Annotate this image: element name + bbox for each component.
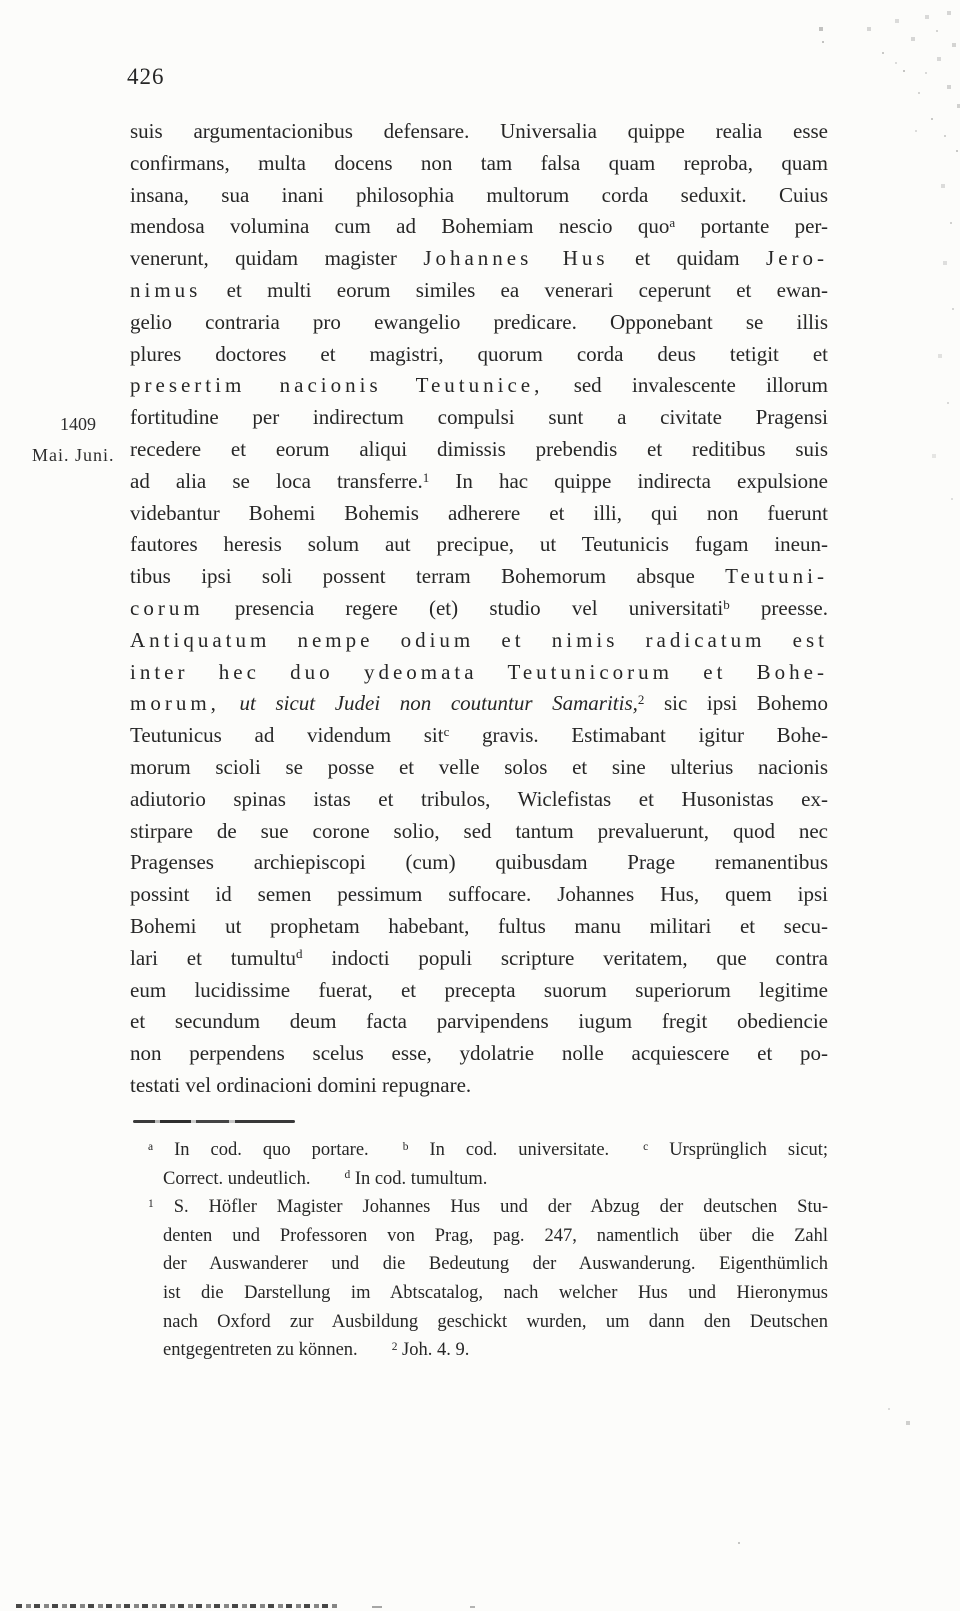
text-segment: recedere et eorum aliqui dimissis preben… (130, 437, 828, 461)
footnote-marker: a (148, 1141, 153, 1153)
text-segment: suis argumentacionibus defensare. Univer… (130, 119, 828, 143)
body-text-line: fautores heresis solum aut precipue, ut … (130, 529, 828, 561)
body-text-line: lari et tumultud indocti populi scriptur… (130, 943, 828, 975)
text-segment: confirmans, multa docens non tam falsa q… (130, 151, 828, 175)
body-text-line: eum lucidissime fuerat, et precepta suor… (130, 975, 828, 1007)
margin-note-year: 1409 (60, 414, 96, 435)
text-segment: sed invalescente illorum (543, 373, 828, 397)
text-segment: non perpendens scelus esse, ydolatrie no… (130, 1041, 828, 1065)
text-segment: stirpare de sue corone solio, sed tantum… (130, 819, 828, 843)
body-text-line: Antiquatum nempe odium et nimis radicatu… (130, 625, 828, 657)
body-text-line: tibus ipsi soli possent terram Bohemorum… (130, 561, 828, 593)
text-segment: Teutuni- (725, 564, 828, 588)
body-text-line: adiutorio spinas istas et tribulos, Wicl… (130, 784, 828, 816)
body-text-line: inter hec duo ydeomata Teutunicorum et B… (130, 657, 828, 689)
text-segment: tibus ipsi soli possent terram Bohemorum… (130, 564, 725, 588)
margin-note-months: Mai. Juni. (32, 445, 115, 466)
text-segment: adiutorio spinas istas et tribulos, Wicl… (130, 787, 828, 811)
text-segment: inter hec duo ydeomata Teutunicorum et B… (130, 660, 828, 684)
page-number: 426 (127, 64, 165, 90)
page-edge-artifact (372, 1606, 382, 1608)
body-text-line: morum scioli se posse et velle solos et … (130, 752, 828, 784)
text-segment: preesse. (730, 596, 828, 620)
footnote-marker: 2 (392, 1341, 398, 1353)
text-segment: Johannes Hus (423, 246, 608, 270)
body-text-line: confirmans, multa docens non tam falsa q… (130, 148, 828, 180)
text-segment: mendosa volumina cum ad Bohemiam nescio … (130, 214, 669, 238)
text-segment: der Auswanderer und die Bedeutung der Au… (163, 1254, 828, 1274)
text-segment: Correct. undeutlich. (163, 1169, 310, 1189)
text-segment: morum scioli se posse et velle solos et … (130, 755, 828, 779)
body-text-line: Teutunicus ad videndum sitc gravis. Esti… (130, 720, 828, 752)
body-text-line: et secundum deum facta parvipendens iugu… (130, 1006, 828, 1038)
text-segment: nach Oxford zur Ausbildung geschickt wur… (163, 1312, 828, 1332)
scanned-book-page: 426 1409 Mai. Juni. suis argumentacionib… (0, 0, 960, 1611)
text-segment: Joh. 4. 9. (397, 1340, 469, 1360)
text-segment: In cod. quo portare. (153, 1140, 369, 1160)
footnote-marker: 1 (423, 470, 430, 485)
text-segment: morum, (130, 691, 220, 715)
text-segment: venerunt, quidam magister (130, 246, 423, 270)
footnote-marker: b (403, 1141, 409, 1153)
body-text-line: Pragenses archiepiscopi (cum) quibusdam … (130, 847, 828, 879)
footnote-marker: a (669, 215, 675, 230)
text-segment: videbantur Bohemi Bohemis adherere et il… (130, 501, 828, 525)
body-text-line: venerunt, quidam magister Johannes Hus e… (130, 243, 828, 275)
scan-noise (0, 0, 2, 2)
text-segment: S. Höfler Magister Johannes Hus und der … (154, 1197, 828, 1217)
text-segment: nimus (130, 278, 201, 302)
text-segment: In hac quippe indirecta expulsione (429, 469, 828, 493)
text-segment: possint id semen pessimum suffocare. Joh… (130, 882, 828, 906)
body-text-line: insana, sua inani philosophia multorum c… (130, 180, 828, 212)
body-text-line: Bohemi ut prophetam habebant, fultus man… (130, 911, 828, 943)
text-segment: indocti populi scripture veritatem, que … (303, 946, 828, 970)
text-segment: entgegentreten zu können. (163, 1340, 358, 1360)
body-text-line: recedere et eorum aliqui dimissis preben… (130, 434, 828, 466)
text-segment: presencia regere (et) studio vel univers… (204, 596, 724, 620)
footnote-line: 1 S. Höfler Magister Johannes Hus und de… (130, 1193, 828, 1222)
footnote-line: entgegentreten zu können.2 Joh. 4. 9. (130, 1336, 828, 1365)
body-text-line: suis argumentacionibus defensare. Univer… (130, 116, 828, 148)
text-segment: gravis. Estimabant igitur Bohe- (449, 723, 828, 747)
text-segment: Ursprünglich sicut; (648, 1140, 828, 1160)
text-segment: In cod. universitate. (408, 1140, 609, 1160)
text-segment: Antiquatum nempe odium et nimis radicatu… (130, 628, 828, 652)
text-segment: ist die Darstellung im Abtscatalog, nach… (163, 1283, 828, 1303)
body-text-line: stirpare de sue corone solio, sed tantum… (130, 816, 828, 848)
body-text-line: plures doctores et magistri, quorum cord… (130, 339, 828, 371)
text-segment: corum (130, 596, 204, 620)
footnote-marker: c (444, 724, 450, 739)
body-text-line: nimus et multi eorum similes ea venerari… (130, 275, 828, 307)
text-segment: fortitudine per indirectum compulsi sunt… (130, 405, 828, 429)
text-segment: et quidam (609, 246, 766, 270)
page-edge-artifact (16, 1604, 338, 1608)
body-text-line: corum presencia regere (et) studio vel u… (130, 593, 828, 625)
footnote-marker: c (643, 1141, 648, 1153)
footnote-marker: 2 (638, 692, 645, 707)
text-segment (220, 691, 240, 715)
body-text-line: ad alia se loca transferre.1 In hac quip… (130, 466, 828, 498)
text-segment: denten und Professoren von Prag, pag. 24… (163, 1226, 828, 1246)
footnote-marker: d (296, 946, 303, 961)
footnote-line: denten und Professoren von Prag, pag. 24… (130, 1222, 828, 1251)
text-segment: lari et tumultu (130, 946, 296, 970)
text-segment: In cod. tumultum. (350, 1169, 487, 1189)
body-text-line: morum, ut sicut Judei non coutuntur Sama… (130, 688, 828, 720)
text-segment: fautores heresis solum aut precipue, ut … (130, 532, 828, 556)
footnote-line: Correct. undeutlich.d In cod. tumultum. (130, 1165, 828, 1194)
footnotes-block: a In cod. quo portare.b In cod. universi… (130, 1136, 828, 1365)
footnote-line: ist die Darstellung im Abtscatalog, nach… (130, 1279, 828, 1308)
footnote-marker: 1 (148, 1198, 154, 1210)
text-segment: testati vel ordinacioni domini repugnare… (130, 1073, 471, 1097)
text-segment: gelio contraria pro ewangelio predicare.… (130, 310, 828, 334)
text-segment: et multi eorum similes ea venerari ceper… (201, 278, 828, 302)
body-text-line: non perpendens scelus esse, ydolatrie no… (130, 1038, 828, 1070)
text-segment: portante per- (675, 214, 828, 238)
footnote-separator (133, 1120, 295, 1123)
text-segment: eum lucidissime fuerat, et precepta suor… (130, 978, 828, 1002)
body-text-line: mendosa volumina cum ad Bohemiam nescio … (130, 211, 828, 243)
text-segment: Pragenses archiepiscopi (cum) quibusdam … (130, 850, 828, 874)
text-segment: Teutunicus ad videndum sit (130, 723, 444, 747)
footnote-line: a In cod. quo portare.b In cod. universi… (130, 1136, 828, 1165)
footnote-marker: d (344, 1169, 350, 1181)
body-text-line: testati vel ordinacioni domini repugnare… (130, 1070, 828, 1102)
main-text-block: suis argumentacionibus defensare. Univer… (130, 116, 828, 1102)
text-segment: Jero- (766, 246, 828, 270)
text-segment: insana, sua inani philosophia multorum c… (130, 183, 828, 207)
footnote-line: nach Oxford zur Ausbildung geschickt wur… (130, 1308, 828, 1337)
text-segment: et secundum deum facta parvipendens iugu… (130, 1009, 828, 1033)
text-segment: Bohemi ut prophetam habebant, fultus man… (130, 914, 828, 938)
footnote-marker: b (723, 597, 730, 612)
body-text-line: gelio contraria pro ewangelio predicare.… (130, 307, 828, 339)
body-text-line: presertim nacionis Teutunice, sed invale… (130, 370, 828, 402)
text-segment: presertim nacionis Teutunice, (130, 373, 543, 397)
body-text-line: videbantur Bohemi Bohemis adherere et il… (130, 498, 828, 530)
text-segment: ut sicut Judei non coutuntur Samaritis, (240, 691, 638, 715)
page-edge-artifact (470, 1606, 475, 1608)
body-text-line: possint id semen pessimum suffocare. Joh… (130, 879, 828, 911)
body-text-line: fortitudine per indirectum compulsi sunt… (130, 402, 828, 434)
text-segment: ad alia se loca transferre. (130, 469, 423, 493)
footnote-line: der Auswanderer und die Bedeutung der Au… (130, 1250, 828, 1279)
text-segment: sic ipsi Bohemo (644, 691, 828, 715)
text-segment: plures doctores et magistri, quorum cord… (130, 342, 828, 366)
